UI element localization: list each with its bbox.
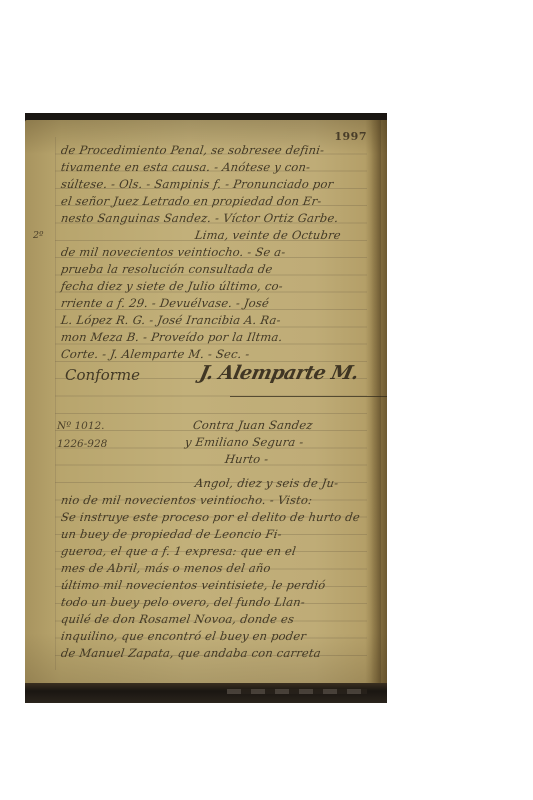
entry-one-line: nesto Sanguinas Sandez. - Víctor Ortiz G… xyxy=(60,211,339,225)
entry-three-line: Se instruye este proceso por el delito d… xyxy=(60,510,361,524)
entry-three-line: un buey de propiedad de Leoncio Fi- xyxy=(60,527,283,541)
entry-two-line: de mil novecientos veintiocho. - Se a- xyxy=(60,245,286,259)
entry-one-line: tivamente en esta causa. - Anótese y con… xyxy=(60,160,311,174)
closing-conforme: Conforme xyxy=(65,366,140,384)
entry-three-line: todo un buey pelo overo, del fundo Llan- xyxy=(60,595,306,609)
entry-one-line: súltese. - Ols. - Sampinis f. - Pronunci… xyxy=(60,177,334,191)
entry-three-number: Nº 1012. xyxy=(57,420,105,432)
entry-three-heading: Contra Juan Sandez xyxy=(192,418,314,432)
signature: J. Alemparte M. xyxy=(198,362,361,384)
entry-three-line: quilé de don Rosamel Novoa, donde es xyxy=(60,612,295,626)
entry-three-line: gueroa, el que a f. 1 expresa: que en el xyxy=(60,544,297,558)
entry-two-line: fecha diez y siete de Julio último, co- xyxy=(60,279,284,293)
entry-two-line: rriente a f. 29. - Devuélvase. - José xyxy=(60,296,270,310)
entry-three-line: inquilino, que encontró el buey en poder xyxy=(60,629,307,643)
entry-three-line: de Manuel Zapata, que andaba con carreta xyxy=(60,646,322,660)
entry-three-heading: y Emiliano Segura - xyxy=(184,435,304,449)
entry-three-line: último mil novecientos veintisiete, le p… xyxy=(60,578,326,592)
page-number: 1997 xyxy=(334,130,367,143)
ledger-photo: 1997 de Procedimiento Penal, se sobresee… xyxy=(25,113,387,703)
ledger-page: 1997 de Procedimiento Penal, se sobresee… xyxy=(25,120,387,690)
entry-two-line: mon Meza B. - Proveído por la Iltma. xyxy=(60,330,283,344)
entry-three-line: nio de mil novecientos veintiocho. - Vis… xyxy=(60,493,313,507)
entry-two-line: prueba la resolución consultada de xyxy=(60,262,273,276)
entry-one-line: de Procedimiento Penal, se sobresee defi… xyxy=(60,143,325,157)
signature-underline xyxy=(230,396,387,397)
entry-two-margin-note: 2º xyxy=(33,230,44,241)
entry-three-line: Angol, diez y seis de Ju- xyxy=(194,476,339,490)
entry-one-line: el señor Juez Letrado en propiedad don E… xyxy=(60,194,322,208)
entry-three-case-code: 1226-928 xyxy=(57,438,107,450)
book-binding-shadow xyxy=(25,683,387,703)
entry-two-line: L. López R. G. - José Irancibia A. Ra- xyxy=(60,313,282,327)
entry-three-line: mes de Abril, más o menos del año xyxy=(60,561,272,575)
page-edge xyxy=(371,120,381,690)
entry-two-line: Lima, veinte de Octubre xyxy=(194,228,342,242)
entry-two-line: Corte. - J. Alemparte M. - Sec. - xyxy=(60,347,251,361)
entry-three-heading: Hurto - xyxy=(224,452,269,466)
